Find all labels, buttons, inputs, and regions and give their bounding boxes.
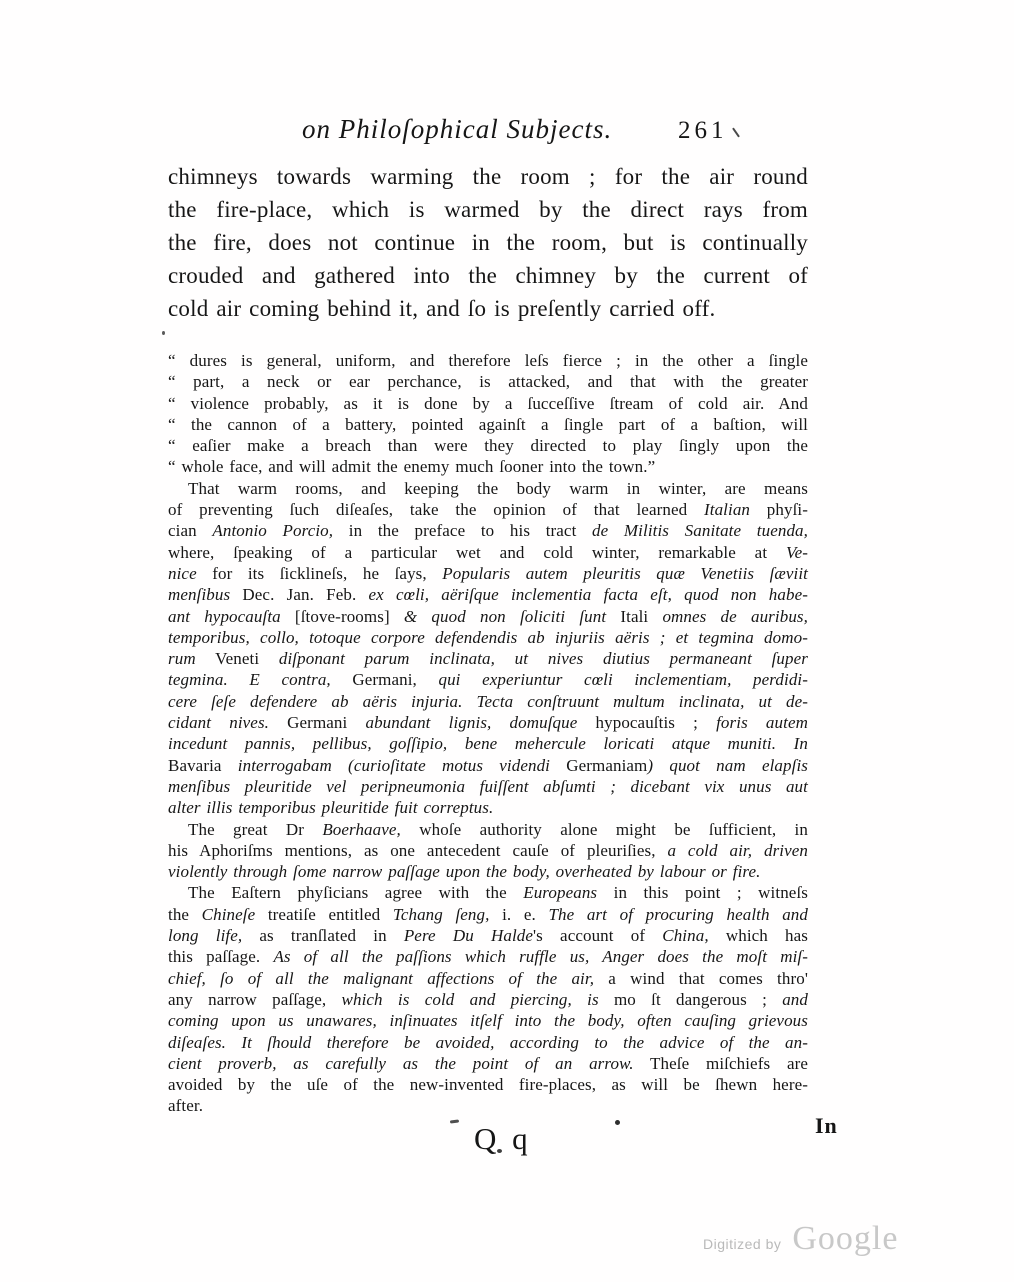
text-line: long life, as tranſlated in Pere Du Hald… xyxy=(168,925,808,946)
text-line: menſibus Dec. Jan. Feb. ex cœli, aëriſqu… xyxy=(168,584,808,605)
footnote-quote-block: “ dures is general, uniform, and therefo… xyxy=(168,350,808,478)
text-line: The Eaſtern phyſicians agree with the Eu… xyxy=(168,882,808,903)
text-line: the Chineſe treatiſe entitled Tchang ſen… xyxy=(168,904,808,925)
text-line: any narrow paſſage, which is cold and pi… xyxy=(168,989,808,1010)
text-line: of preventing ſuch diſeaſes, take the op… xyxy=(168,499,808,520)
running-header: on Philoſophical Subjects. 261 xyxy=(168,114,808,160)
text-line: the fire, does not continue in the room,… xyxy=(168,226,808,259)
text-line: this paſſage. As of all the paſſions whi… xyxy=(168,946,808,967)
page-number: 261 xyxy=(678,117,728,145)
text-line: where, ſpeaking of a particular wet and … xyxy=(168,542,808,563)
text-line: rum Veneti diſponant parum inclinata, ut… xyxy=(168,648,808,669)
footnote-section: “ dures is general, uniform, and therefo… xyxy=(168,350,808,1117)
main-paragraph: chimneys towards warming the room ; for … xyxy=(168,160,808,325)
text-line: crouded and gathered into the chimney by… xyxy=(168,259,808,292)
text-line: chimneys towards warming the room ; for … xyxy=(168,160,808,193)
signature-row: Q q xyxy=(168,1119,808,1163)
text-line: cient proverb, as carefully as the point… xyxy=(168,1053,808,1074)
text-line: tegmina. E contra, Germani, qui experiun… xyxy=(168,669,808,690)
catchword: In xyxy=(815,1113,838,1139)
text-line: temporibus, collo, totoque corpore defen… xyxy=(168,627,808,648)
text-block: on Philoſophical Subjects. 261 chimneys … xyxy=(168,114,808,1163)
text-line: nice for its ſicklineſs, he ſays, Popula… xyxy=(168,563,808,584)
text-line: The great Dr Boerhaave, whoſe authority … xyxy=(168,819,808,840)
page-title: on Philoſophical Subjects. xyxy=(302,114,612,145)
text-line: avoided by the uſe of the new-invented f… xyxy=(168,1074,808,1095)
text-line: ant hypocauſta [ſtove-rooms] & quod non … xyxy=(168,606,808,627)
text-line: diſeaſes. It ſhould therefore be avoided… xyxy=(168,1032,808,1053)
text-line: cian Antonio Porcio, in the preface to h… xyxy=(168,520,808,541)
google-logo: Google xyxy=(792,1220,898,1258)
text-line: cold air coming behind it, and ſo is pre… xyxy=(168,292,808,325)
text-line: menſibus pleuritide vel peripneumonia fu… xyxy=(168,776,808,797)
text-line: “ eaſier make a breach than were they di… xyxy=(168,435,808,456)
text-line: violently through ſome narrow paſſage up… xyxy=(168,861,808,882)
text-line: “ the cannon of a battery, pointed again… xyxy=(168,414,808,435)
text-line: cidant nives. Germani abundant lignis, d… xyxy=(168,712,808,733)
book-page: on Philoſophical Subjects. 261 chimneys … xyxy=(0,0,1014,1282)
footnote-paragraph: The great Dr Boerhaave, whoſe authority … xyxy=(168,819,808,883)
text-line: “ violence probably, as it is done by a … xyxy=(168,393,808,414)
text-line: chief, ſo of all the malignant affection… xyxy=(168,968,808,989)
text-line: “ whole face, and will admit the enemy m… xyxy=(168,456,808,477)
text-line: his Aphoriſms mentions, as one anteceden… xyxy=(168,840,808,861)
text-line: after. xyxy=(168,1095,808,1116)
footnote-paragraph: That warm rooms, and keeping the body wa… xyxy=(168,478,808,819)
text-line: the fire-place, which is warmed by the d… xyxy=(168,193,808,226)
footnote-paragraph: The Eaſtern phyſicians agree with the Eu… xyxy=(168,882,808,1116)
text-line: cere ſeſe defendere ab aëris injuria. Te… xyxy=(168,691,808,712)
google-watermark: Digitized by Google xyxy=(703,1220,898,1258)
text-line: coming upon us unawares, inſinuates itſe… xyxy=(168,1010,808,1031)
text-line: “ dures is general, uniform, and therefo… xyxy=(168,350,808,371)
text-line: alter illis temporibus pleuritide fuit c… xyxy=(168,797,808,818)
ink-speck xyxy=(162,331,165,335)
text-line: “ part, a neck or ear perchance, is atta… xyxy=(168,371,808,392)
text-line: That warm rooms, and keeping the body wa… xyxy=(168,478,808,499)
text-line: incedunt pannis, pellibus, goſſipio, ben… xyxy=(168,733,808,754)
text-line: Bavaria interrogabam (curioſitate motus … xyxy=(168,755,808,776)
signature-mark: Q q xyxy=(474,1121,532,1157)
digitized-by-label: Digitized by xyxy=(703,1236,781,1252)
